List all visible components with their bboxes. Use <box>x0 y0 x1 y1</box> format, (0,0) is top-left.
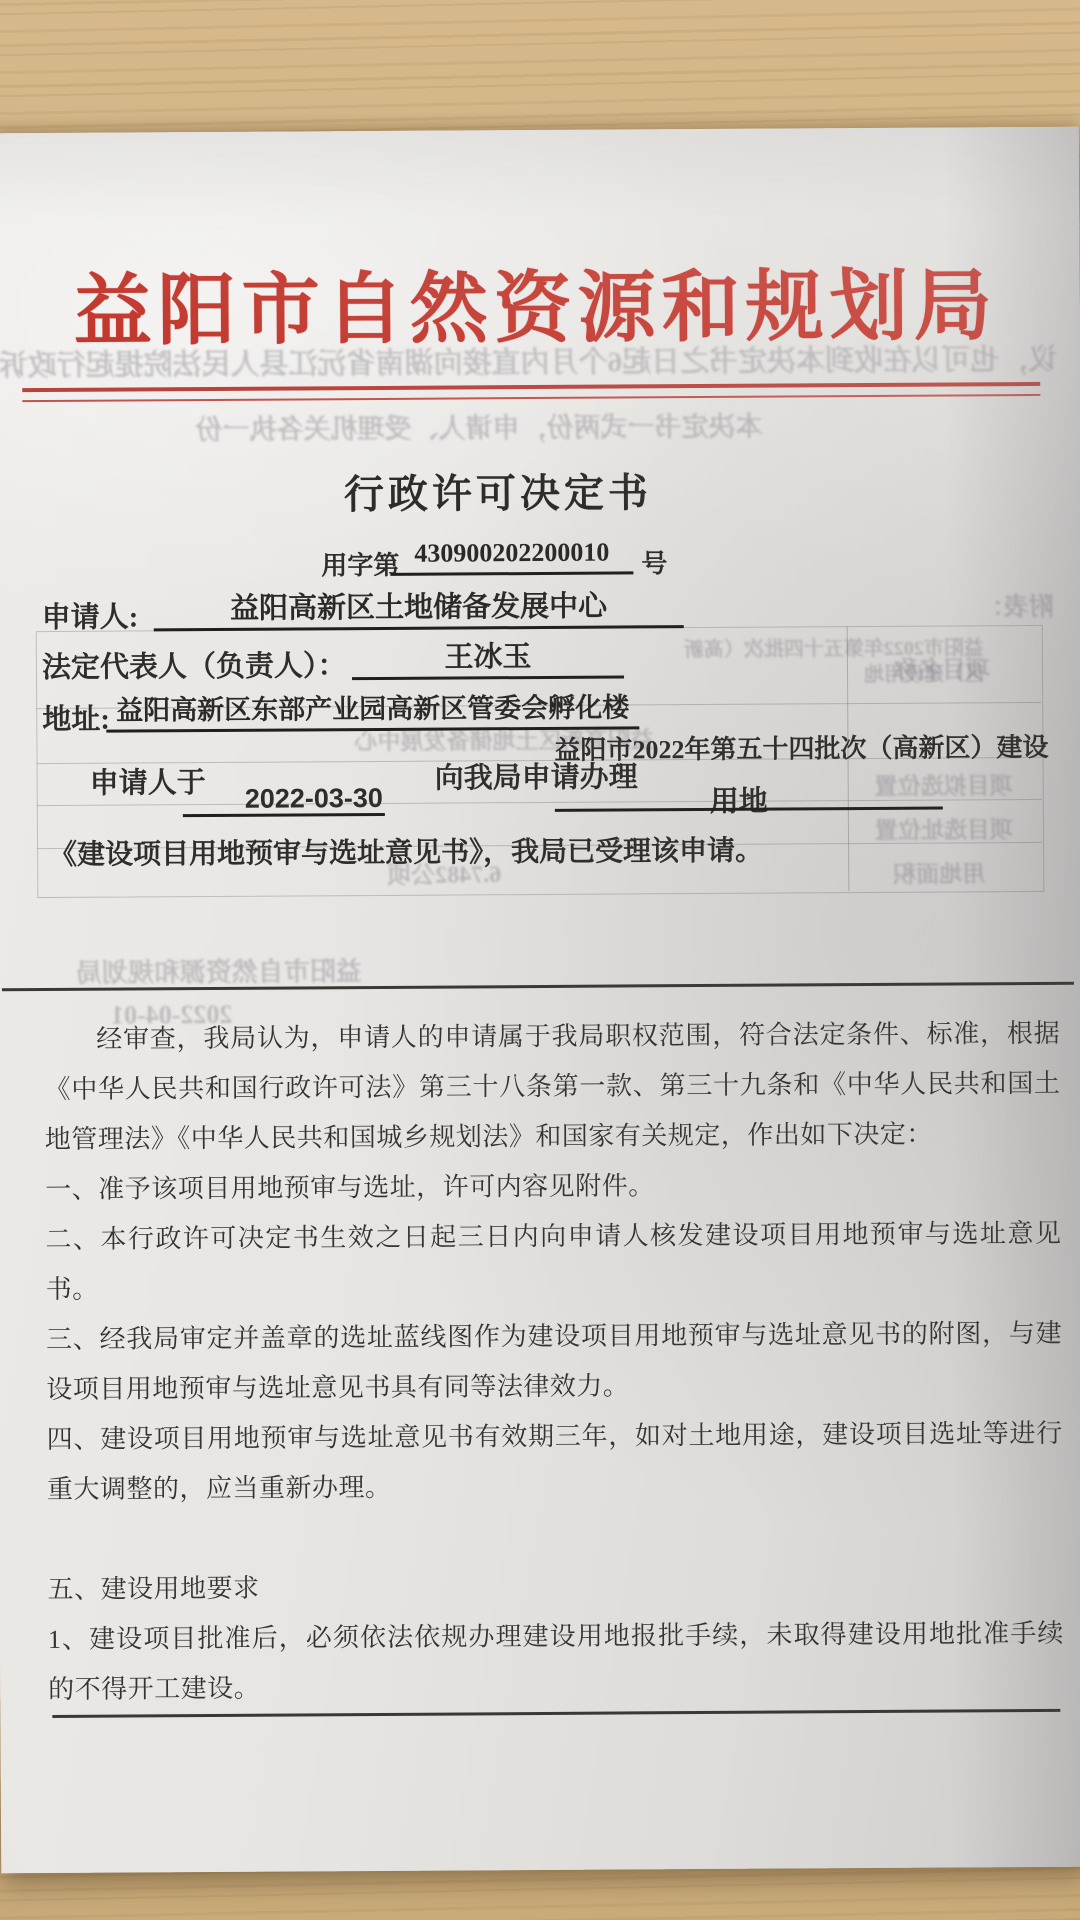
decision-item-3: 三、经我局审定并盖章的选址蓝线图作为建设项目用地预审与选址意见书的附图，与建设项… <box>46 1309 1063 1415</box>
bleedthrough-attachment-label: 附表： <box>978 587 1053 623</box>
bleedthrough-agency-name: 益阳市自然资源和规划局 <box>76 951 362 990</box>
decision-item-1: 一、准予该项目用地预审与选址，许可内容见附件。 <box>45 1159 1061 1215</box>
doc-no-suffix: 号 <box>641 543 667 580</box>
decision-item-4: 四、建设项目用地预审与选址意见书有效期三年，如对土地用途，建设项目选址等进行重大… <box>47 1409 1064 1515</box>
review-paragraph: 经审查，我局认为，申请人的申请属于我局职权范围，符合法定条件、标准，根据《中华人… <box>44 1009 1061 1165</box>
application-date: 2022-03-30 <box>245 783 383 815</box>
bleedthrough-row1-value: 益阳市2022年第五十四批次（高新区）建设用地 <box>684 635 984 689</box>
applicant-label: 申请人: <box>42 594 139 636</box>
address-label: 地址: <box>42 697 110 738</box>
address-value: 益阳高新区东部产业园高新区管委会孵化楼 <box>106 685 639 732</box>
applied-on-label: 申请人于 <box>90 760 206 802</box>
accepted-line: 《建设项目用地预审与选址意见书》，我局已受理该申请。 <box>49 829 763 873</box>
legal-rep-label: 法定代表人（负责人）： <box>42 643 347 686</box>
agency-title: 益阳市自然资源和规划局 <box>0 243 1080 362</box>
decision-item-5-heading: 五、建设用地要求 <box>47 1559 1063 1615</box>
red-rule-thick <box>22 382 1040 392</box>
decision-item-2: 二、本行政许可决定书生效之日起三日内向申请人核发建设项目用地预审与选址意见书。 <box>45 1209 1062 1315</box>
photo-of-document: { "document": { "agency_title": "益阳市自然资源… <box>0 0 1080 1920</box>
applicant-value: 益阳高新区土地储备发展中心 <box>153 583 683 631</box>
project-name-line2: 用地 <box>710 779 768 820</box>
decision-body: 经审查，我局认为，申请人的申请属于我局职权范围，符合法定条件、标准，根据《中华人… <box>44 1009 1064 1715</box>
document-type-heading: 行政许可决定书 <box>0 459 1003 522</box>
bleedthrough-row3-label: 项目拟选位置 <box>875 767 1013 801</box>
red-rule-thin <box>22 394 1040 402</box>
bleedthrough-row5-label: 用地面积 <box>893 855 985 889</box>
doc-no-number: 430900202200010 <box>390 537 633 575</box>
document-paper: 议，也可以在收到本决定书之日起6个月内直接向湖南省沅江县人民法院提起行政诉讼。 … <box>0 127 1080 1874</box>
bleedthrough-row4-label: 项目选址位置 <box>875 811 1013 845</box>
bleedthrough-copies-line: 本决定书一式两份，申请人、受理机关各执一份 <box>242 405 762 447</box>
legal-rep-value: 王冰玉 <box>352 633 624 680</box>
decision-item-5-1: 1、建设项目批准后，必须依法依规办理建设用地报批手续，未取得建设用地批准手续的不… <box>48 1609 1065 1715</box>
doc-no-prefix: 用字第 <box>321 545 399 582</box>
applied-to-label: 向我局申请办理 <box>435 754 638 796</box>
